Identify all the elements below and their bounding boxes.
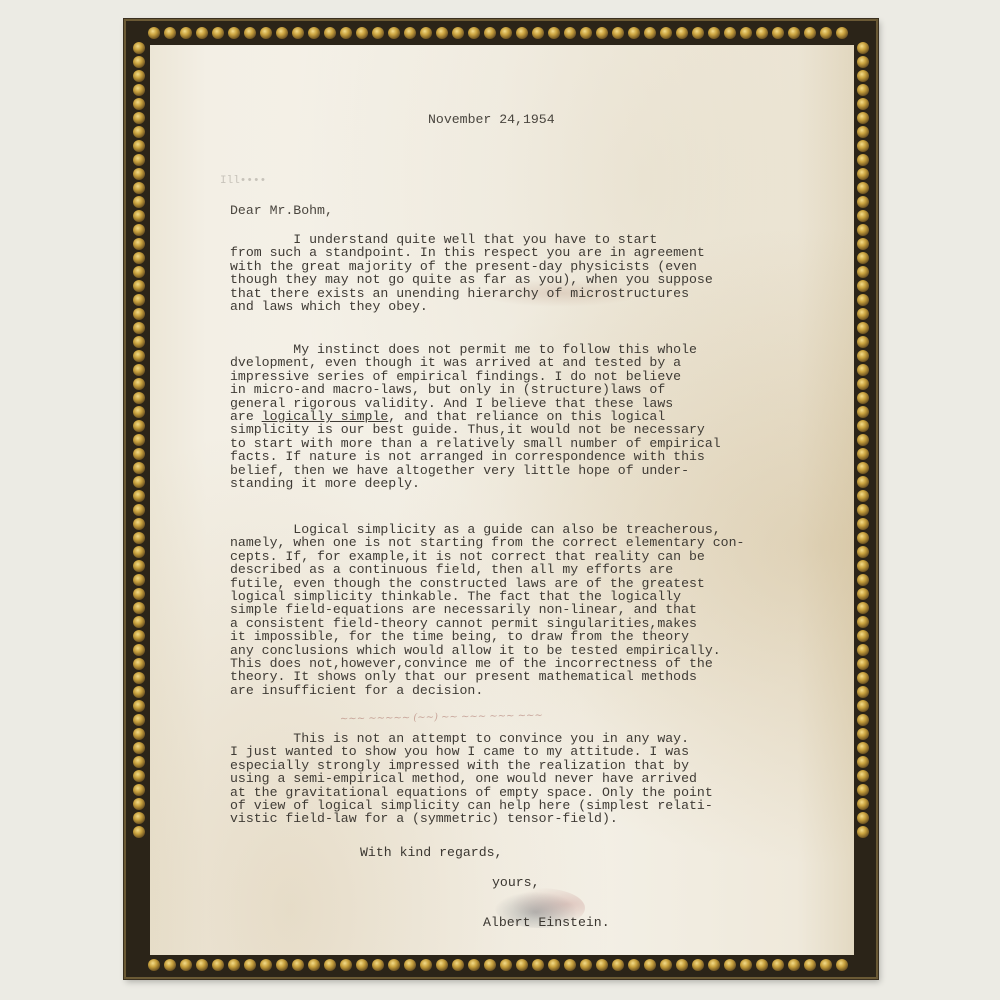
frame-bead xyxy=(133,616,145,628)
frame-bead xyxy=(857,588,869,600)
frame-bead xyxy=(180,27,192,39)
frame-bead xyxy=(484,959,496,971)
frame-bead xyxy=(260,27,272,39)
frame-bead xyxy=(628,27,640,39)
frame-bead xyxy=(857,168,869,180)
frame-bead xyxy=(580,959,592,971)
frame-bead xyxy=(133,448,145,460)
frame-bead xyxy=(857,742,869,754)
frame-bead xyxy=(436,27,448,39)
frame-bead xyxy=(133,728,145,740)
frame-bead xyxy=(133,602,145,614)
frame-bead xyxy=(436,959,448,971)
frame-bead xyxy=(857,560,869,572)
frame-bead xyxy=(133,798,145,810)
closing: With kind regards, xyxy=(360,845,502,860)
frame-bead xyxy=(133,168,145,180)
frame-bead xyxy=(516,959,528,971)
frame-bead xyxy=(857,462,869,474)
frame-bead xyxy=(133,336,145,348)
frame-bead xyxy=(857,756,869,768)
frame-bead xyxy=(804,959,816,971)
frame-bead xyxy=(857,154,869,166)
frame-bead xyxy=(404,959,416,971)
frame-bead xyxy=(133,42,145,54)
frame-bead xyxy=(133,742,145,754)
letter-date: November 24,1954 xyxy=(428,112,555,127)
frame-bead xyxy=(133,224,145,236)
frame-bead xyxy=(532,27,544,39)
frame-bead xyxy=(857,658,869,670)
frame-bead xyxy=(133,98,145,110)
frame-bead xyxy=(857,812,869,824)
frame-bead xyxy=(133,196,145,208)
frame-bead xyxy=(857,448,869,460)
frame-bead xyxy=(196,27,208,39)
frame-bead xyxy=(356,27,368,39)
frame-bead xyxy=(133,672,145,684)
frame-bead xyxy=(857,476,869,488)
frame-bead xyxy=(836,959,848,971)
frame-bead xyxy=(857,504,869,516)
frame-bead xyxy=(420,959,432,971)
frame-bead xyxy=(857,672,869,684)
frame-bead xyxy=(564,27,576,39)
frame-bead xyxy=(420,27,432,39)
frame-bead xyxy=(133,714,145,726)
frame-bead xyxy=(228,959,240,971)
frame-bead xyxy=(133,826,145,838)
frame-bead xyxy=(857,378,869,390)
frame-bead xyxy=(708,27,720,39)
frame-bead xyxy=(857,56,869,68)
frame-bead xyxy=(164,959,176,971)
frame-bead xyxy=(660,959,672,971)
frame-bead xyxy=(857,196,869,208)
frame-bead xyxy=(484,27,496,39)
frame-bead xyxy=(133,560,145,572)
frame-bead xyxy=(857,364,869,376)
frame-bead xyxy=(857,140,869,152)
frame-bead xyxy=(133,406,145,418)
frame-bead xyxy=(740,27,752,39)
frame-bead xyxy=(133,490,145,502)
frame-bead xyxy=(276,959,288,971)
paragraph-3: Logical simplicity as a guide can also b… xyxy=(230,523,744,697)
frame-bead xyxy=(308,27,320,39)
frame-bead xyxy=(133,784,145,796)
frame-bead xyxy=(133,266,145,278)
frame-bead xyxy=(857,574,869,586)
frame-bead xyxy=(788,27,800,39)
frame-beads-bottom xyxy=(146,958,850,972)
frame-bead xyxy=(857,280,869,292)
frame-bead xyxy=(628,959,640,971)
frame-bead xyxy=(133,420,145,432)
frame-bead xyxy=(857,644,869,656)
frame-bead xyxy=(148,27,160,39)
faint-header-mark: Ill•••• xyxy=(220,175,266,187)
frame-bead xyxy=(500,27,512,39)
frame-bead xyxy=(644,27,656,39)
frame-bead xyxy=(857,826,869,838)
frame-bead xyxy=(756,27,768,39)
frame-bead xyxy=(548,27,560,39)
frame-bead xyxy=(133,658,145,670)
frame-bead xyxy=(308,959,320,971)
frame-bead xyxy=(708,959,720,971)
frame-bead xyxy=(133,294,145,306)
frame-bead xyxy=(212,959,224,971)
frame-bead xyxy=(452,959,464,971)
frame-bead xyxy=(388,959,400,971)
frame-bead xyxy=(857,392,869,404)
frame-bead xyxy=(820,27,832,39)
frame-bead xyxy=(857,84,869,96)
frame-bead xyxy=(857,252,869,264)
frame-bead xyxy=(133,112,145,124)
frame-bead xyxy=(564,959,576,971)
frame-bead xyxy=(133,378,145,390)
frame-bead xyxy=(468,27,480,39)
frame-bead xyxy=(133,756,145,768)
frame-bead xyxy=(372,27,384,39)
frame-bead xyxy=(857,210,869,222)
frame-bead xyxy=(692,959,704,971)
frame-bead xyxy=(500,959,512,971)
frame-bead xyxy=(740,959,752,971)
frame-bead xyxy=(756,959,768,971)
frame-bead xyxy=(276,27,288,39)
frame-bead xyxy=(148,959,160,971)
frame-bead xyxy=(133,686,145,698)
frame-bead xyxy=(324,959,336,971)
frame-bead xyxy=(133,588,145,600)
frame-bead xyxy=(133,504,145,516)
frame-bead xyxy=(244,27,256,39)
frame-bead xyxy=(133,700,145,712)
frame-bead xyxy=(580,27,592,39)
frame-bead xyxy=(180,959,192,971)
frame-bead xyxy=(292,959,304,971)
frame-bead xyxy=(612,959,624,971)
frame-bead xyxy=(596,959,608,971)
frame-bead xyxy=(857,728,869,740)
frame-bead xyxy=(133,574,145,586)
frame-bead xyxy=(644,959,656,971)
frame-bead xyxy=(724,959,736,971)
frame-bead xyxy=(857,308,869,320)
frame-bead xyxy=(772,27,784,39)
frame-bead xyxy=(133,546,145,558)
frame-bead xyxy=(857,490,869,502)
frame-bead xyxy=(857,686,869,698)
frame-beads-left xyxy=(131,41,147,839)
paragraph-1: I understand quite well that you have to… xyxy=(230,233,713,313)
frame-bead xyxy=(516,27,528,39)
frame-bead xyxy=(133,322,145,334)
frame-bead xyxy=(340,27,352,39)
frame-bead xyxy=(133,812,145,824)
frame-bead xyxy=(692,27,704,39)
frame-bead xyxy=(857,518,869,530)
frame-bead xyxy=(676,959,688,971)
frame-bead xyxy=(857,266,869,278)
frame-bead xyxy=(857,336,869,348)
frame-bead xyxy=(857,602,869,614)
frame-bead xyxy=(340,959,352,971)
frame-bead xyxy=(356,959,368,971)
frame-bead xyxy=(660,27,672,39)
frame-bead xyxy=(133,84,145,96)
frame-bead xyxy=(133,210,145,222)
paragraph-4: This is not an attempt to convince you i… xyxy=(230,732,713,826)
frame-bead xyxy=(133,518,145,530)
frame-bead xyxy=(857,126,869,138)
frame-bead xyxy=(133,462,145,474)
frame-beads-top xyxy=(146,26,850,40)
underlined-phrase: logically simple xyxy=(262,409,389,424)
frame-bead xyxy=(857,112,869,124)
frame-bead xyxy=(857,546,869,558)
frame-bead xyxy=(857,532,869,544)
frame-bead xyxy=(836,27,848,39)
frame-bead xyxy=(372,959,384,971)
frame-bead xyxy=(133,154,145,166)
frame-bead xyxy=(532,959,544,971)
frame-bead xyxy=(260,959,272,971)
frame-bead xyxy=(857,630,869,642)
frame-bead xyxy=(612,27,624,39)
frame-bead xyxy=(133,630,145,642)
frame-bead xyxy=(857,714,869,726)
salutation: Dear Mr.Bohm, xyxy=(230,203,333,218)
frame-beads-right xyxy=(855,41,871,839)
frame-bead xyxy=(133,140,145,152)
frame-bead xyxy=(857,98,869,110)
frame-bead xyxy=(133,252,145,264)
frame-bead xyxy=(772,959,784,971)
frame-bead xyxy=(133,70,145,82)
frame-bead xyxy=(820,959,832,971)
frame-bead xyxy=(804,27,816,39)
frame-bead xyxy=(133,126,145,138)
frame-bead xyxy=(857,70,869,82)
frame-bead xyxy=(548,959,560,971)
frame-bead xyxy=(857,42,869,54)
frame-bead xyxy=(133,308,145,320)
frame-bead xyxy=(857,294,869,306)
frame-bead xyxy=(857,434,869,446)
frame-bead xyxy=(596,27,608,39)
frame-bead xyxy=(133,476,145,488)
frame-bead xyxy=(292,27,304,39)
frame-bead xyxy=(857,406,869,418)
frame-bead xyxy=(857,224,869,236)
frame-bead xyxy=(857,420,869,432)
frame-bead xyxy=(196,959,208,971)
frame-bead xyxy=(228,27,240,39)
frame-bead xyxy=(857,182,869,194)
frame-bead xyxy=(857,616,869,628)
frame-bead xyxy=(133,238,145,250)
frame-bead xyxy=(324,27,336,39)
frame-bead xyxy=(164,27,176,39)
frame-bead xyxy=(788,959,800,971)
frame-bead xyxy=(857,798,869,810)
frame-bead xyxy=(133,392,145,404)
frame-bead xyxy=(133,56,145,68)
frame-bead xyxy=(857,350,869,362)
frame-bead xyxy=(404,27,416,39)
frame-bead xyxy=(676,27,688,39)
frame-bead xyxy=(452,27,464,39)
frame-bead xyxy=(133,434,145,446)
frame-bead xyxy=(857,700,869,712)
frame-bead xyxy=(133,182,145,194)
frame-bead xyxy=(133,364,145,376)
frame-bead xyxy=(857,784,869,796)
frame-bead xyxy=(133,644,145,656)
frame-bead xyxy=(388,27,400,39)
signature: Albert Einstein. xyxy=(483,915,610,930)
frame-bead xyxy=(468,959,480,971)
frame-bead xyxy=(133,770,145,782)
paragraph-2: My instinct does not permit me to follow… xyxy=(230,343,721,490)
frame-bead xyxy=(133,350,145,362)
frame-bead xyxy=(857,322,869,334)
frame-bead xyxy=(857,770,869,782)
frame-bead xyxy=(212,27,224,39)
frame-bead xyxy=(857,238,869,250)
frame-bead xyxy=(133,280,145,292)
frame-bead xyxy=(133,532,145,544)
frame-bead xyxy=(724,27,736,39)
frame-bead xyxy=(244,959,256,971)
